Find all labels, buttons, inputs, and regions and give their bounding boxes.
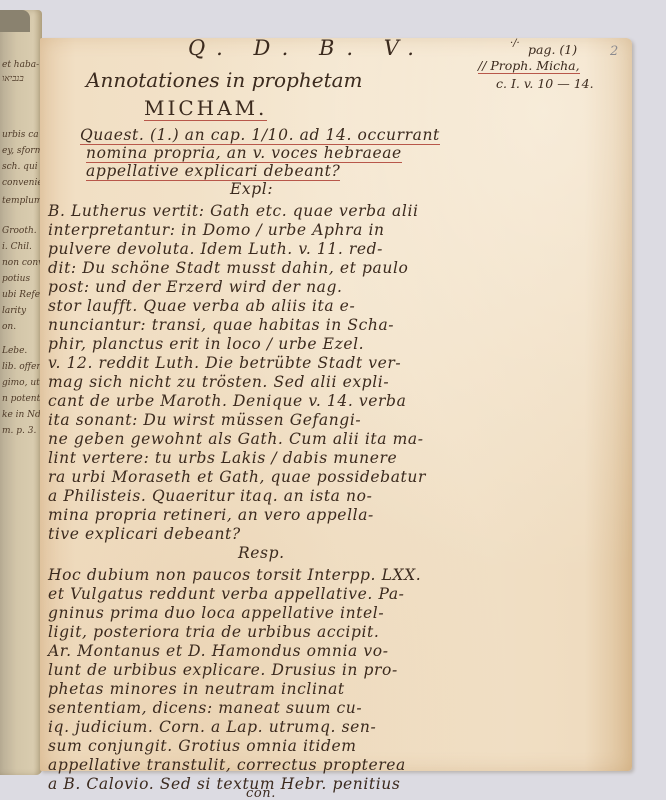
margin-fragment: Grooth. — [2, 226, 40, 237]
response-line: iq. judicium. Corn. a Lap. utrumq. sen- — [48, 718, 376, 736]
margin-fragment: ke in Nd — [2, 410, 40, 421]
question-line: appellative explicari debeant? — [86, 162, 340, 181]
body-line: stor laufft. Quae verba ab aliis ita e- — [48, 297, 355, 315]
margin-fragment: convenien — [2, 178, 40, 189]
response-line: et Vulgatus reddunt verba appellative. P… — [48, 585, 405, 603]
body-line: ita sonant: Du wirst müssen Gefangi- — [48, 411, 361, 429]
body-line: lint vertere: tu urbs Lakis / dabis mune… — [48, 449, 397, 467]
body-line: ne geben gewohnt als Gath. Cum alii ita … — [48, 430, 424, 448]
book-cover-edge — [0, 10, 30, 32]
margin-fragment: potius — [2, 274, 40, 285]
body-line: ra urbi Moraseth et Gath, quae possideba… — [48, 468, 426, 486]
pencil-page-number: 2 — [610, 44, 618, 59]
margin-fragment: ubi Refer — [2, 290, 40, 301]
body-line: phir, planctus erit in loco / urbe Ezel. — [48, 335, 364, 353]
margin-fragment: on. — [2, 322, 40, 333]
corner-mark: ·/· — [510, 38, 520, 49]
reference-page: pag. (1) — [528, 42, 577, 57]
body-line: v. 12. reddit Luth. Die betrübte Stadt v… — [48, 354, 401, 372]
body-line: mag sich nicht zu trösten. Sed alii expl… — [48, 373, 389, 391]
response-line: phetas minores in neutram inclinat — [48, 680, 345, 698]
response-line: sententiam, dicens: maneat suum cu- — [48, 699, 362, 717]
margin-fragment: בנביאו — [2, 74, 40, 85]
margin-fragment: n potentia — [2, 394, 40, 405]
body-line: dit: Du schöne Stadt musst dahin, et pau… — [48, 259, 408, 277]
margin-fragment: lib. offer — [2, 362, 40, 373]
response-line: appellative transtulit, correctus propte… — [48, 756, 406, 774]
document-title: Annotationes in prophetam — [86, 68, 363, 92]
response-line: lunt de urbibus explicare. Drusius in pr… — [48, 661, 398, 679]
question-label: Expl: — [230, 180, 273, 198]
response-label: Resp. — [238, 544, 285, 562]
catchword: con. — [246, 786, 276, 800]
document-subject: MICHAM. — [144, 96, 267, 121]
body-line: post: und der Erzerd wird der nag. — [48, 278, 343, 296]
margin-fragment: i. Chil. — [2, 242, 40, 253]
dedication-heading: Q. D. B. V. — [188, 36, 426, 60]
left-facing-page: et haba- בנביאו urbis ca ey, sforme sch.… — [0, 10, 42, 775]
body-line: B. Lutherus vertit: Gath etc. quae verba… — [48, 202, 419, 220]
margin-fragment: gimo, ut — [2, 378, 40, 389]
margin-fragment: ey, sforme — [2, 146, 40, 157]
response-line: Hoc dubium non paucos torsit Interpp. LX… — [48, 566, 421, 584]
margin-fragment: templum, — [2, 196, 40, 207]
response-line: gninus prima duo loca appellative intel- — [48, 604, 384, 622]
response-line: ligit, posteriora tria de urbibus accipi… — [48, 623, 379, 641]
body-line: nunciantur: transi, quae habitas in Scha… — [48, 316, 394, 334]
margin-fragment: Lebe. — [2, 346, 40, 357]
margin-fragment: m. p. 3. — [2, 426, 40, 437]
margin-fragment: larity — [2, 306, 40, 317]
margin-fragment: et haba- — [2, 60, 40, 71]
body-line: cant de urbe Maroth. Denique v. 14. verb… — [48, 392, 406, 410]
manuscript-page: 2 ·/· pag. (1) // Proph. Micha, c. I. v.… — [40, 38, 632, 771]
margin-fragment: non conve — [2, 258, 40, 269]
response-line: sum conjungit. Grotius omnia itidem — [48, 737, 357, 755]
body-line: a Philisteis. Quaeritur itaq. an ista no… — [48, 487, 372, 505]
reference-verses: c. I. v. 10 — 14. — [496, 76, 594, 91]
response-line: a B. Calovio. Sed si textum Hebr. peniti… — [48, 775, 400, 793]
reference-book: // Proph. Micha, — [478, 58, 580, 74]
question-line: nomina propria, an v. voces hebraeae — [86, 144, 402, 163]
margin-fragment: urbis ca — [2, 130, 40, 141]
question-line: Quaest. (1.) an cap. 1/10. ad 14. occurr… — [80, 126, 440, 145]
body-line: mina propria retineri, an vero appella- — [48, 506, 374, 524]
margin-fragment: sch. qui ce — [2, 162, 40, 173]
body-line: tive explicari debeant? — [48, 525, 241, 543]
body-line: interpretantur: in Domo / urbe Aphra in — [48, 221, 385, 239]
body-line: pulvere devoluta. Idem Luth. v. 11. red- — [48, 240, 383, 258]
response-line: Ar. Montanus et D. Hamondus omnia vo- — [48, 642, 389, 660]
